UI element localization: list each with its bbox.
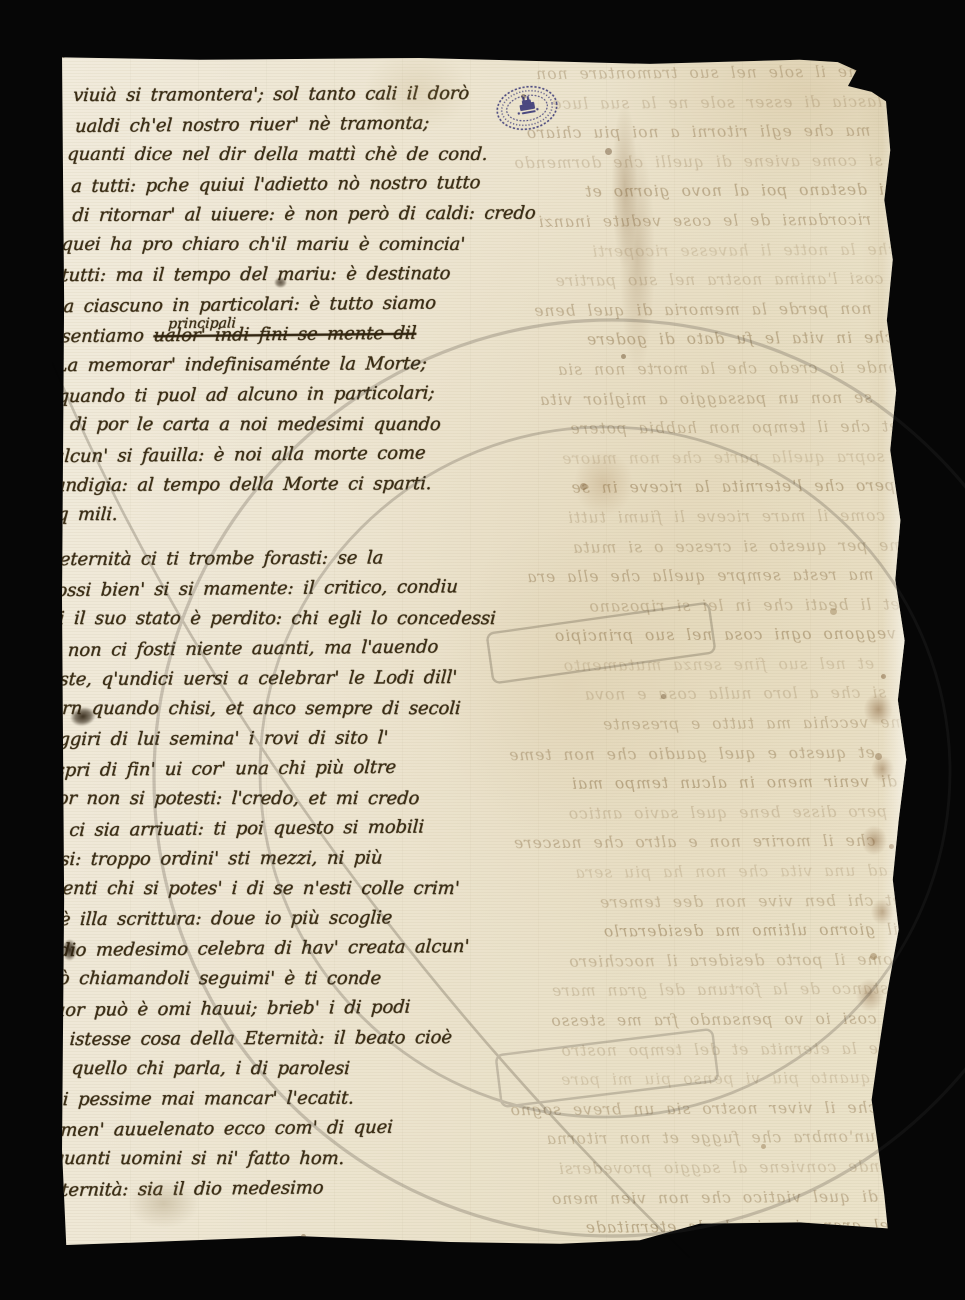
text-line: il calmen' auuelenato ecco com' di quei: [12, 1112, 481, 1146]
bleedthrough-line: onde conviene al saggio provedersi: [496, 1153, 904, 1185]
bleedthrough-line: non perde la memoria di quel bene: [490, 294, 898, 326]
text-line: fa l'etternità: sia il dio medesimo: [5, 1172, 477, 1207]
text-line: chi dio medesimo celebra di hav' creata …: [21, 932, 493, 967]
bleedthrough-line: et che il tempo non habbia potere: [490, 413, 898, 445]
correction-cluster: principaliualor' indi fini se mente dil: [153, 323, 417, 347]
text-line-with-correction: sentiamo principaliualor' indi fini se m…: [61, 318, 533, 353]
bleedthrough-line: et li beati che in lei si riposano: [492, 590, 900, 622]
bleedthrough-line: et questo e quel gaudio che non teme: [493, 738, 901, 770]
text-line: Eq mili.: [43, 500, 521, 530]
text-line: chi si: troppo ordini' sti mezzi, ni più: [23, 843, 499, 875]
text-line: chi il suo stato è perdito: chi egli lo …: [36, 604, 514, 634]
bleedthrough-line: lascia di esser sole ne la sua luce: [488, 87, 896, 119]
bleedthrough-line: ad una vita che non ha piu sera: [493, 857, 901, 889]
bleedthrough-line: che la notte li havesse ricoperti: [489, 235, 897, 267]
text-line: andigia: al tempo della Morte ci sparti.: [54, 469, 523, 501]
bleedthrough-line: ne vecchia ma tutto e presente: [492, 709, 900, 741]
text-line: lui noi pessime mai mancar' l'ecatit.: [7, 1083, 483, 1115]
recto-handwriting: viuià si tramontera'; sol tanto cali il …: [1, 79, 548, 1206]
text-line: n'aggiri di lui semina' i rovi di sito l…: [30, 723, 506, 755]
bleedthrough-line: stanco de la fortuna del gran mare: [494, 975, 902, 1007]
text-line: è di por le carta a noi medesimi quando: [49, 410, 527, 440]
bleedthrough-line: pero disse bene quel savio antico: [493, 797, 901, 829]
bleedthrough-line: come il porto desidera il nocchiero: [494, 945, 902, 977]
bleedthrough-line: si come aviene di quelli che dormendo: [488, 146, 896, 178]
corner-fold: [828, 55, 890, 105]
text-line: e ci' quanti uomini si ni' fatto hom.: [1, 1144, 479, 1174]
bleedthrough-line: et che il sole nel suo tramontare non: [488, 58, 896, 90]
text-line: chi ci sia arriuati: ti poi questo si mo…: [32, 812, 501, 846]
text-line: ancor non si potesti: l'credo, et mi cre…: [25, 784, 503, 814]
foxing-specks: [62, 55, 65, 58]
text-line: La memorar' indefinisaménte la Morte;: [55, 349, 531, 381]
bleedthrough-line: di quel viatico che non vien meno: [496, 1182, 904, 1214]
bleedthrough-line: et chi ben vive non dee temere: [494, 886, 902, 918]
bleedthrough-line: sopra quella parte che non muore: [491, 442, 899, 474]
bleedthrough-line: cosi l'anima nostra nel suo partire: [489, 265, 897, 297]
bleedthrough-line: cosi io vo pensando fra me stesso: [494, 1005, 902, 1037]
text-line: auspri di fin' ui cor' una chi più oltre: [32, 752, 504, 787]
bleedthrough-line: si che a loro nulla cosa e nova: [492, 679, 900, 711]
bleedthrough-line: ma che egli ritorni a noi piu chiaro: [488, 117, 896, 149]
bleedthrough-line: nel gran viaggio de la eternitade: [496, 1212, 904, 1244]
bleedthrough-line: et nel suo fine senza mutamento: [492, 649, 900, 681]
bleedthrough-line: ricordansi de le cose vedute inanzi: [489, 206, 897, 238]
bleedthrough-line: che il morire non e altro che nascere: [493, 827, 901, 859]
deckled-edge-highlight: [882, 55, 908, 1245]
text-line: è un' istesse cosa della Eternità: il be…: [11, 1023, 487, 1055]
text-line: viuià si tramontera'; sol tanto cali il …: [72, 79, 548, 111]
text-line: quanti dice nel dir della mattì chè de c…: [66, 140, 544, 170]
bleedthrough-line: il giorno ultimo ma desiderarlo: [494, 916, 902, 948]
paragraph-2: L'eternità ci ti trombe forasti: se lapo…: [1, 543, 518, 1206]
text-line: uiste, q'undici uersi a celebrar' le Lod…: [41, 663, 510, 695]
bleedthrough-line: come il mare riceve li fiumi tutti: [491, 501, 899, 533]
manuscript-page: et che il sole nel suo tramontare nonlas…: [62, 55, 908, 1245]
text-line: a tutti: pche quiui l'adietto nò nostro …: [70, 168, 542, 203]
bleedthrough-line: et un'ombra che fugge et non ritorna: [495, 1123, 903, 1155]
text-line: L'eternità ci ti trombe forasti: se la: [42, 543, 518, 575]
text-line: al cuor può è omi hauui; brieb' i di pod…: [17, 992, 489, 1027]
text-line: quando ti puol ad alcuno in particolari;: [57, 378, 529, 413]
interlinear-insertion: principali: [167, 308, 237, 339]
bleedthrough-line: di venir meno in alcun tempo mai: [493, 768, 901, 800]
bleedthrough-line: ma resta sempre quella che ella era: [491, 561, 899, 593]
text-line: ia menti chi si potes' i di se n'esti co…: [19, 874, 497, 904]
bleedthrough-line: ne per questo si cresce o si muta: [491, 531, 899, 563]
text-line: tutti: ma il tempo del mariu: è destinat…: [60, 259, 536, 291]
bleedthrough-line: de la eternita et del tempo nostro: [495, 1034, 903, 1066]
bleedthrough-line: si destano poi al novo giorno et: [489, 176, 897, 208]
text-line: Etern quando chisi, et anco sempre di se…: [30, 694, 508, 724]
text-line: alcun' si fauilla: è noi alla morte come: [53, 438, 525, 473]
paragraph-1a: viuià si tramontera'; sol tanto cali il …: [58, 79, 548, 322]
text-line: ualdi ch'el nostro riuer' nè tramonta;: [74, 108, 546, 143]
bleedthrough-line: et quanto piu vi penso piu mi pare: [495, 1064, 903, 1096]
text-line: a ciascuno in particolari: è tutto siamo: [62, 288, 534, 323]
text-line: possi bien' si si mamente: il critico, c…: [44, 572, 516, 607]
text-line: di non ci fosti niente auanti, ma l'auen…: [40, 632, 512, 667]
photo-backdrop: { "colors": { "backdrop": "#060606", "pa…: [0, 0, 965, 1300]
bleedthrough-line: se non un passaggio a miglior vita: [490, 383, 898, 415]
verso-bleedthrough-text: et che il sole nel suo tramontare nonlas…: [488, 58, 904, 1245]
text-line: e ciò chiamandoli seguimi' è ti conde: [22, 964, 491, 994]
text-line: ritien' quello chi parla, i di parolesi: [7, 1054, 485, 1084]
text-before-strike: sentiamo: [61, 325, 154, 347]
bleedthrough-line: onde io credo che la morte non sia: [490, 354, 898, 386]
text-line: di ritornar' al uiuere: è non però di ca…: [71, 199, 540, 231]
text-line: quei ha pro chiaro ch'il mariu è cominci…: [60, 230, 538, 260]
bleedthrough-line: che il viver nostro sia un breve sogno: [495, 1093, 903, 1125]
bleedthrough-line: che in vita le fu dato di godere: [490, 324, 898, 356]
paragraph-1b: La memorar' indefinisaménte la Morte;qua…: [45, 349, 531, 532]
bleedthrough-line: pero che l'eternita la riceve in se: [491, 472, 899, 504]
text-line: pre è illa scrittura: doue io più scogli…: [19, 903, 495, 935]
bleedthrough-line: veggono ogni cosa nel suo principio: [492, 620, 900, 652]
